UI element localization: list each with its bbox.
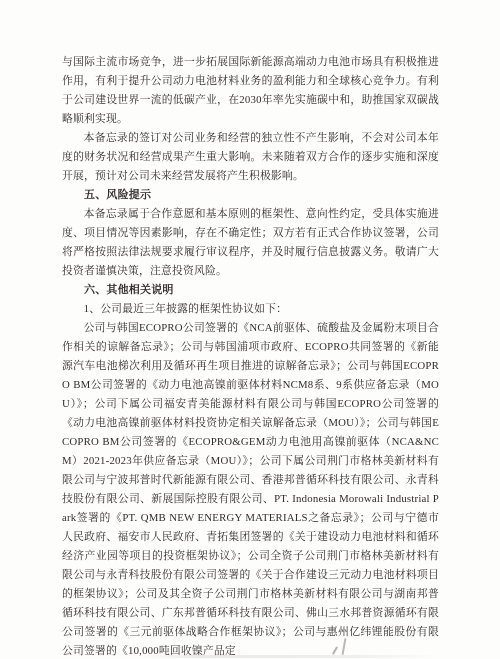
body-paragraph-risk-statement: 本备忘录属于合作意愿和基本原则的框架性、意向性约定，受具体实施进度、项目情况等因…: [62, 205, 439, 281]
body-paragraph-framework-list-intro: 1、公司最近三年披露的框架性协议如下：: [62, 300, 439, 319]
document-page: 与国际主流市场竞争，进一步拓展国际新能源高端动力电池市场具有积极推进作用，有利于…: [0, 0, 500, 659]
body-paragraph-independence-impact: 本备忘录的签订对公司业务和经营的独立性不产生影响，不会对公司本年度的财务状况和经…: [62, 129, 439, 186]
section-heading-risk-notice: 五、风险提示: [62, 186, 439, 205]
body-paragraph-framework-agreements: 公司与韩国ECOPRO公司签署的《NCA前驱体、硫酸盐及金属粉末项目合作相关的谅…: [62, 319, 439, 659]
body-paragraph-market-competition: 与国际主流市场竞争，进一步拓展国际新能源高端动力电池市场具有积极推进作用，有利于…: [62, 53, 439, 129]
section-heading-other-notes: 六、其他相关说明: [62, 281, 439, 300]
